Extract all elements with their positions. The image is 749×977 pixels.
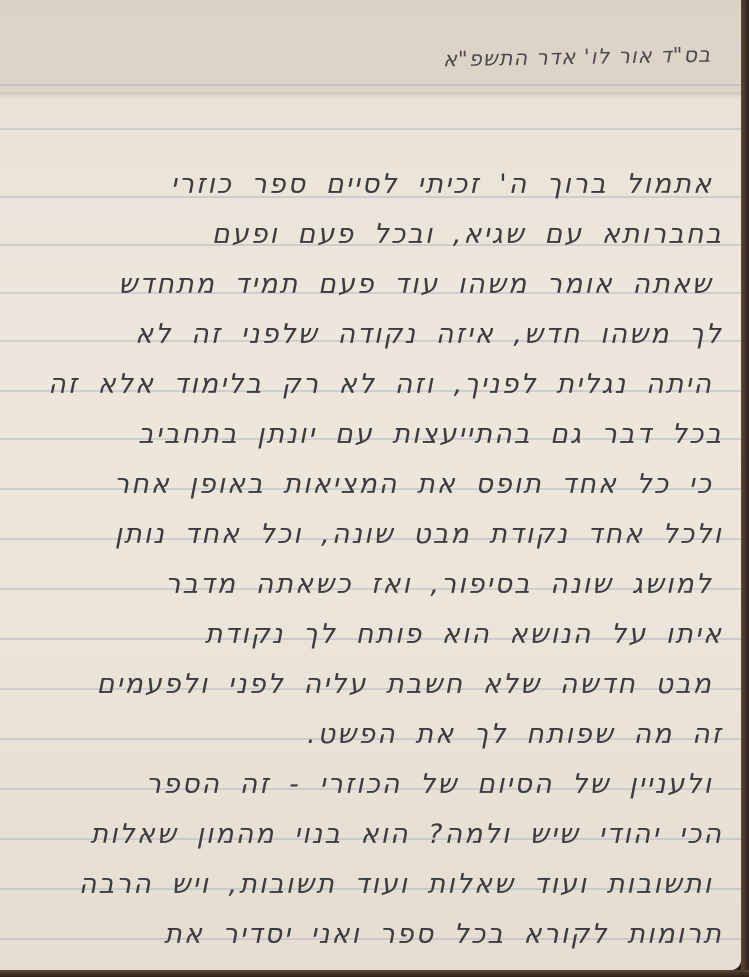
- handwritten-body: אתמול ברוך ה' זכיתי לסיים ספר כוזרי בחבר…: [0, 160, 723, 960]
- text-line: אתמול ברוך ה' זכיתי לסיים ספר כוזרי: [0, 160, 723, 210]
- text-line: תרומות לקורא בכל ספר ואני יסדיר את: [0, 910, 723, 960]
- table-edge-bottom: [0, 970, 749, 977]
- text-line: למושג שונה בסיפור, ואז כשאתה מדבר: [0, 560, 723, 610]
- notebook-photo: בס"ד אור לו' אדר התשפ"א אתמול ברוך ה' זכ…: [0, 0, 749, 977]
- ruled-line: [0, 84, 741, 86]
- text-line: שאתה אומר משהו עוד פעם תמיד מתחדש: [0, 260, 723, 310]
- page-fold: [0, 92, 741, 98]
- text-line: בחברותא עם שגיא, ובכל פעם ופעם: [0, 210, 723, 260]
- text-line: ולכל אחד נקודת מבט שונה, וכל אחד נותן: [0, 510, 723, 560]
- text-line: בכל דבר גם בהתייעצות עם יונתן בתחביב: [0, 410, 723, 460]
- text-line: מבט חדשה שלא חשבת עליה לפני ולפעמים: [0, 660, 723, 710]
- ruled-line: [0, 128, 741, 130]
- table-edge-right: [741, 0, 749, 977]
- date-header: בס"ד אור לו' אדר התשפ"א: [443, 43, 712, 72]
- text-line: ותשובות ועוד שאלות ועוד תשובות, ויש הרבה: [0, 860, 723, 910]
- text-line: איתו על הנושא הוא פותח לך נקודת: [0, 610, 723, 660]
- text-line: כי כל אחד תופס את המציאות באופן אחר: [0, 460, 723, 510]
- text-line: ולעניין של הסיום של הכוזרי - זה הספר: [0, 760, 723, 810]
- text-line: לך משהו חדש, איזה נקודה שלפני זה לא: [0, 310, 723, 360]
- notebook-page: בס"ד אור לו' אדר התשפ"א אתמול ברוך ה' זכ…: [0, 0, 741, 970]
- text-line: הכי יהודי שיש ולמה? הוא בנוי מהמון שאלות: [0, 810, 723, 860]
- text-line: היתה נגלית לפניך, וזה לא רק בלימוד אלא ז…: [0, 360, 723, 410]
- text-line: זה מה שפותח לך את הפשט.: [0, 710, 723, 760]
